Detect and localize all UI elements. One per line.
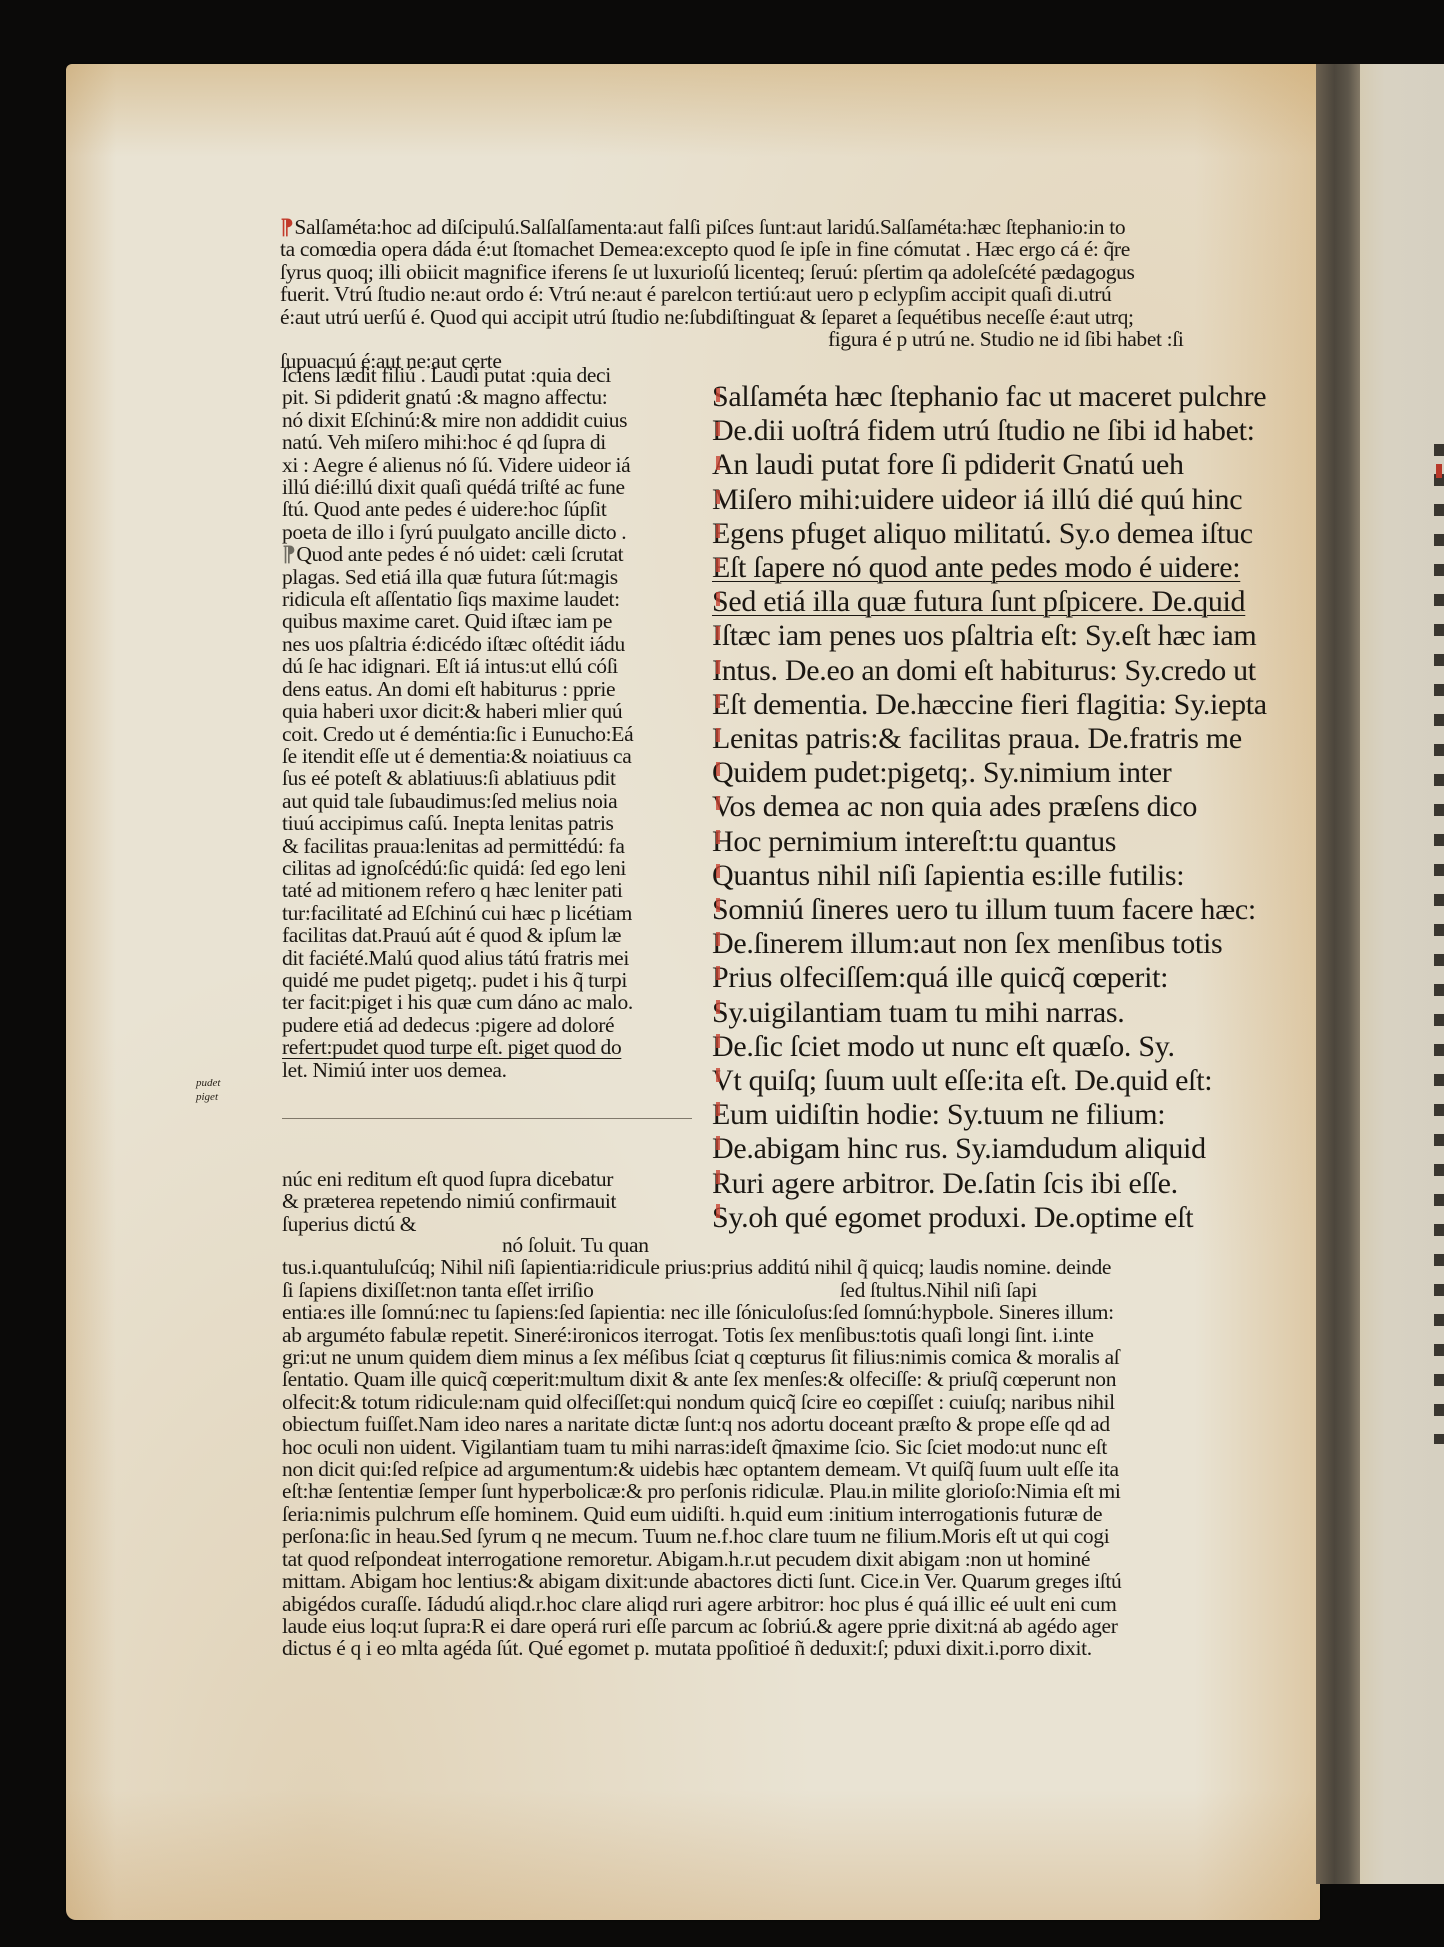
- commentary-line: eſt:hæ ſententiæ ſemper ſunt hyperbolicæ…: [282, 1480, 1121, 1502]
- verse-line: De.dii uoſtrá fidem utrú ſtudio ne ſibi …: [712, 414, 1267, 448]
- commentary-line: refert:pudet quod turpe eſt. piget quod …: [282, 1036, 633, 1058]
- commentary-line: ab arguméto fabulæ repetit. Sineré:ironi…: [282, 1324, 1121, 1346]
- verse-line: Sy.uigilantiam tuam tu mihi narras.: [712, 996, 1267, 1030]
- handwritten-margin-note: pudet piget: [196, 1076, 220, 1104]
- commentary-line: ⁋Salſaméta:hoc ad diſcipulú.Salſalſament…: [280, 216, 1184, 238]
- commentary-line: fuerit. Vtrú ſtudio ne:aut ordo é: Vtrú …: [280, 283, 1184, 305]
- commentary-line: ⁋Quod ante pedes é nó uidet: cæli ſcruta…: [282, 543, 633, 565]
- verse-line: Miſero mihi:uidere uideor iá illú dié qu…: [712, 483, 1267, 517]
- verse-line: Iſtæc iam penes uos pſaltria eſt: Sy.eſt…: [712, 619, 1267, 653]
- commentary-line: figura é p utrú ne. Studio ne id ſibi ha…: [280, 328, 1184, 350]
- main-text-column: Salſaméta hæc ſtephanio fac ut maceret p…: [712, 380, 1267, 1235]
- commentary-line: perſona:ſic in heau.Sed ſyrum q ne mecum…: [282, 1525, 1121, 1547]
- verse-line: Ruri agere arbitror. De.ſatin ſcis ibi e…: [712, 1167, 1267, 1201]
- underline-rule: [282, 1118, 692, 1119]
- commentary-line: nes uos pſaltria é:dicédo iſtæc oſtédit …: [282, 633, 633, 655]
- verse-line: Egens pfuget aliquo militatú. Sy.o demea…: [712, 517, 1267, 551]
- verse-line: Quantus nihil niſi ſapientia es:ille fut…: [712, 859, 1267, 893]
- rubric-mark-icon: ⁋: [282, 542, 295, 566]
- commentary-line: plagas. Sed etiá illa quæ futura ſút:mag…: [282, 566, 633, 588]
- verse-line: Vt quiſq; ſuum uult eſſe:ita eſt. De.qui…: [712, 1064, 1267, 1098]
- commentary-line: cilitas ad ignoſcédú:ſic quidá: ſed ego …: [282, 857, 633, 879]
- commentary-line: non dicit qui:ſed reſpice ad argumentum:…: [282, 1458, 1121, 1480]
- verse-line: An laudi putat fore ſi pdiderit Gnatú ue…: [712, 448, 1267, 482]
- commentary-line: illú dié:illú dixit quaſi quédá triſté a…: [282, 476, 633, 498]
- commentary-line: ridicula eſt aſſentatio ſiqs maxime laud…: [282, 588, 633, 610]
- commentary-line: nó ſoluit. Tu quan: [282, 1234, 1121, 1256]
- verse-line: Intus. De.eo an domi eſt habiturus: Sy.c…: [712, 654, 1267, 688]
- commentary-line: ſe itendit eſſe ut é dementia:& noiatiuu…: [282, 745, 633, 767]
- verse-line: Eſt ſapere nó quod ante pedes modo é uid…: [712, 551, 1267, 585]
- commentary-line: coit. Credo ut é deméntia:ſic i Eunucho:…: [282, 723, 633, 745]
- commentary-line: facilitas dat.Prauú aút é quod & ipſum l…: [282, 924, 633, 946]
- verse-line: Lenitas patris:& facilitas praua. De.fra…: [712, 722, 1267, 756]
- commentary-line: ſus eé poteſt & ablatiuus:ſi ablatiuus p…: [282, 767, 633, 789]
- verse-line: Somniú ſineres uero tu illum tuum facere…: [712, 893, 1267, 927]
- commentary-line: mittam. Abigam hoc lentius:& abigam dixi…: [282, 1570, 1121, 1592]
- commentary-line: é:aut utrú uerſú é. Quod qui accipit utr…: [280, 306, 1184, 328]
- commentary-line: dictus é q i eo mlta agéda ſút. Qué egom…: [282, 1637, 1121, 1659]
- commentary-line: aut quid tale ſubaudimus:ſed melius noia: [282, 790, 633, 812]
- commentary-line: quibus maxime caret. Quid iſtæc iam pe: [282, 610, 633, 632]
- commentary-line: ſeria:nimis pulchrum eſſe hominem. Quid …: [282, 1503, 1121, 1525]
- commentary-bottom: nó ſoluit. Tu quan tus.i.quantuluſcúq; N…: [282, 1234, 1121, 1660]
- commentary-line: ta comœdia opera dáda é:ut ſtomachet Dem…: [280, 238, 1184, 260]
- verse-line: De.ſic ſciet modo ut nunc eſt quæſo. Sy.: [712, 1030, 1267, 1064]
- commentary-line: tus.i.quantuluſcúq; Nihil niſi ſapientia…: [282, 1256, 1121, 1278]
- commentary-line: ſyrus quoq; illi obiicit magnifice ifere…: [280, 261, 1184, 283]
- commentary-line: abigédos curaſſe. Iádudú aliqd.r.hoc cla…: [282, 1593, 1121, 1615]
- commentary-line: quia haberi uxor dicit:& haberi mlier qu…: [282, 700, 633, 722]
- commentary-line: ſi ſapiens dixiſſet:non tanta eſſet irri…: [282, 1279, 1121, 1301]
- commentary-top: ⁋Salſaméta:hoc ad diſcipulú.Salſalſament…: [280, 216, 1184, 373]
- commentary-line: hoc oculi non uident. Vigilantiam tuam t…: [282, 1436, 1121, 1458]
- verse-line: Prius olfeciſſem:quá ille quicq̃ cœperit…: [712, 961, 1267, 995]
- commentary-line: nó dixit Eſchinú:& mire non addidit cuiu…: [282, 409, 633, 431]
- commentary-line: laude eius loq:ut ſupra:R ei dare operá …: [282, 1615, 1121, 1637]
- commentary-line: dens eatus. An domi eſt habiturus : ppri…: [282, 678, 633, 700]
- commentary-line: let. Nimiú inter uos demea.: [282, 1059, 633, 1081]
- commentary-line: xi : Aegre é alienus nó ſú. Videre uideo…: [282, 454, 633, 476]
- commentary-line: dit faciété.Malú quod alius tátú fratris…: [282, 947, 633, 969]
- facing-page-rubric-mark: [1436, 464, 1442, 478]
- facing-page-text-edge: [1434, 444, 1444, 1444]
- facing-page-edge: [1360, 64, 1444, 1884]
- commentary-line: & facilitas praua:lenitas ad permittédú:…: [282, 835, 633, 857]
- commentary-left-column: ſciens lædit filiú . Laudi putat :quia d…: [282, 364, 633, 1081]
- commentary-line: pit. Si pdiderit gnatú :& magno affectu:: [282, 386, 633, 408]
- commentary-line: ſtú. Quod ante pedes é uidere:hoc ſúpſit: [282, 498, 633, 520]
- rubric-mark-icon: ⁋: [280, 215, 293, 239]
- commentary-line: taté ad mitionem refero q hæc leniter pa…: [282, 879, 633, 901]
- verse-line: Sed etiá illa quæ futura ſunt pſpicere. …: [712, 585, 1267, 619]
- commentary-line: tiuú accipimus caſú. Inepta lenitas patr…: [282, 812, 633, 834]
- commentary-line: natú. Veh miſero mihi:hoc é qd ſupra di: [282, 431, 633, 453]
- commentary-line: tat quod reſpondeat interrogatione remor…: [282, 1548, 1121, 1570]
- commentary-line: ſuperius dictú &: [282, 1213, 616, 1235]
- commentary-line: tur:facilitaté ad Eſchinú cui hæc p licé…: [282, 902, 633, 924]
- commentary-line: ter facit:piget i his quæ cum dáno ac ma…: [282, 991, 633, 1013]
- verse-line: De.abigam hinc rus. Sy.iamdudum aliquid: [712, 1132, 1267, 1166]
- commentary-line: gri:ut ne unum quidem diem minus a ſex m…: [282, 1346, 1121, 1368]
- commentary-line: entia:es ille ſomnú:nec tu ſapiens:ſed ſ…: [282, 1301, 1121, 1323]
- commentary-line: quidé me pudet pigetq;. pudet i his q̃ t…: [282, 969, 633, 991]
- commentary-line: dú ſe hac idignari. Eſt iá intus:ut ellú…: [282, 655, 633, 677]
- commentary-line: pudere etiá ad dedecus :pigere ad doloré: [282, 1014, 633, 1036]
- verse-line: Eſt dementia. De.hæccine fieri flagitia:…: [712, 688, 1267, 722]
- rubrication-strokes: [716, 388, 720, 1238]
- commentary-line: poeta de illo i ſyrú puulgato ancille di…: [282, 521, 633, 543]
- verse-line: Quidem pudet:pigetq;. Sy.nimium inter: [712, 756, 1267, 790]
- verse-line: Hoc pernimium intereſt:tu quantus: [712, 825, 1267, 859]
- verse-line: De.ſinerem illum:aut non ſex menſibus to…: [712, 927, 1267, 961]
- verse-line: Eum uidiſtin hodie: Sy.tuum ne filium:: [712, 1098, 1267, 1132]
- commentary-line: olfecit:& totum ridicule:nam quid olfeci…: [282, 1391, 1121, 1413]
- commentary-line: núc eni reditum eſt quod ſupra dicebatur: [282, 1168, 616, 1190]
- verse-line: Sy.oh qué egomet produxi. De.optime eſt: [712, 1201, 1267, 1235]
- verse-line: Vos demea ac non quia ades præſens dico: [712, 790, 1267, 824]
- verse-line: Salſaméta hæc ſtephanio fac ut maceret p…: [712, 380, 1267, 414]
- commentary-line: obiectum fuiſſet.Nam ideo nares a narita…: [282, 1413, 1121, 1435]
- commentary-line: & præterea repetendo nimiú confirmauit: [282, 1190, 616, 1212]
- commentary-line: ſciens lædit filiú . Laudi putat :quia d…: [282, 364, 633, 386]
- commentary-line: ſentatio. Quam ille quicq̃ cœperit:multu…: [282, 1368, 1121, 1390]
- book-gutter: [1316, 64, 1362, 1884]
- commentary-left-continuation: núc eni reditum eſt quod ſupra dicebatur…: [282, 1168, 616, 1235]
